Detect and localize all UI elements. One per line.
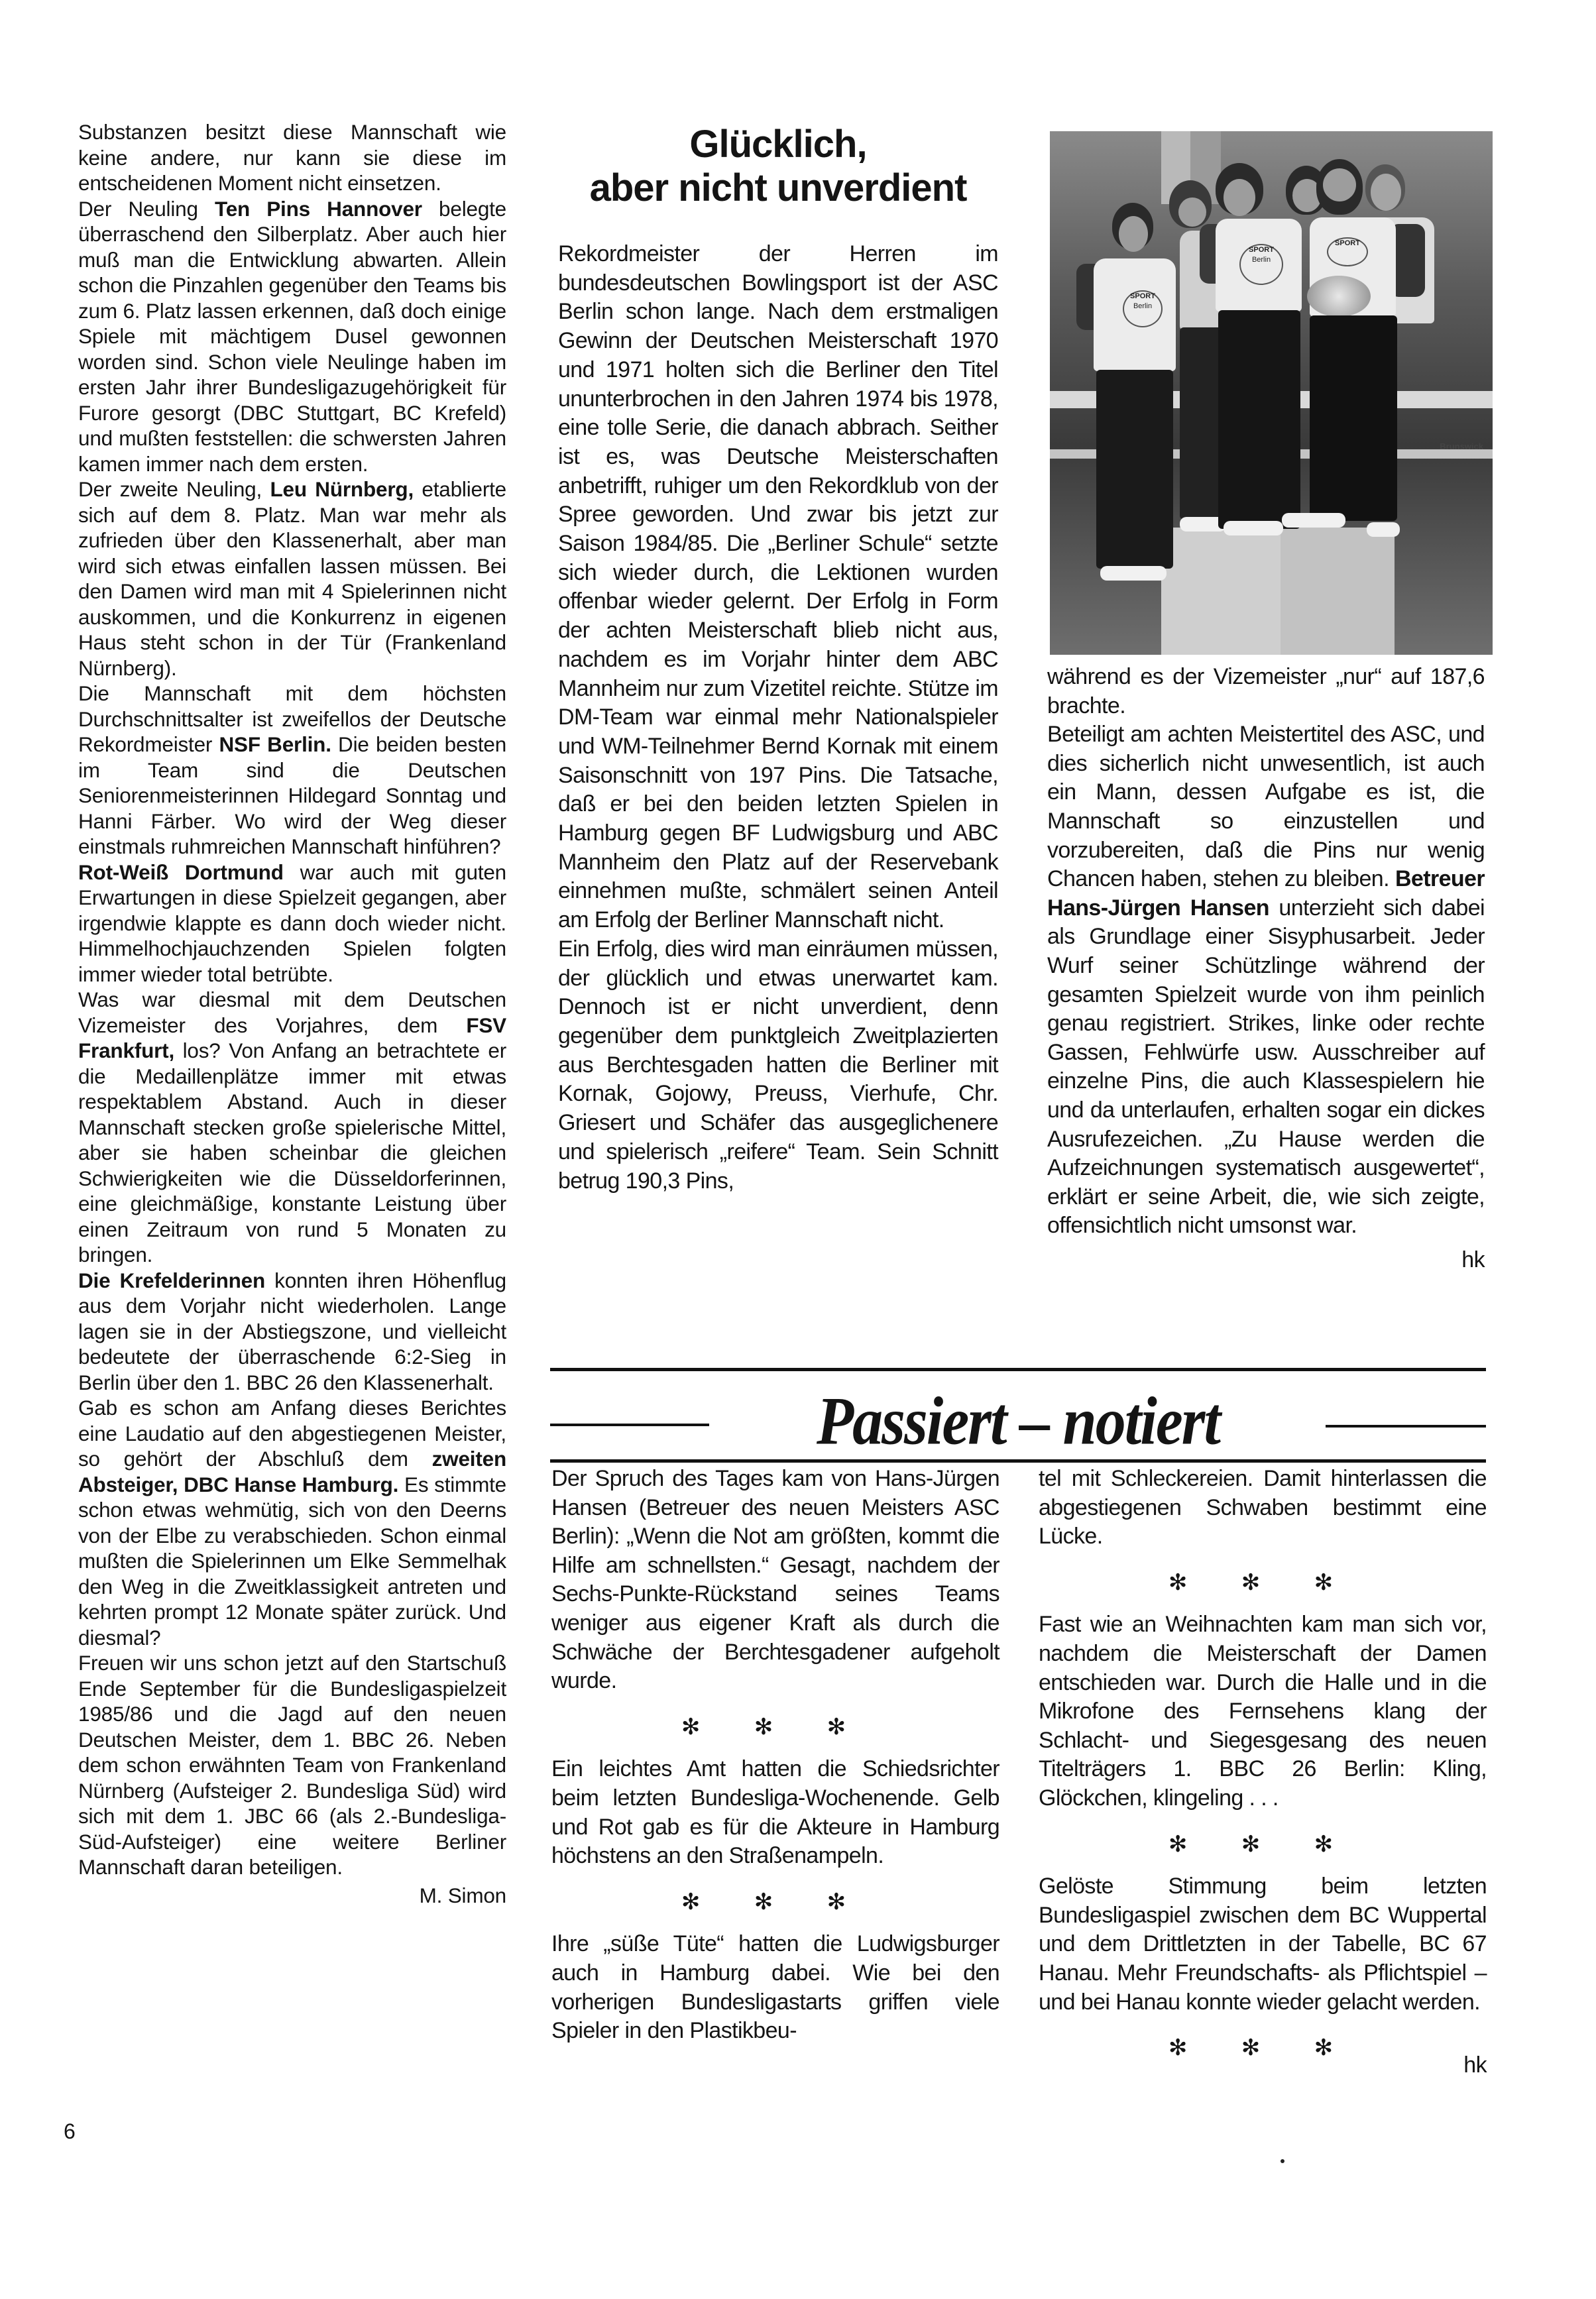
person-pants [1096,370,1173,569]
paragraph: Rekordmeister der Herren im bundesdeutsc… [558,240,998,935]
bold-team-name: Die Krefelderinnen [78,1268,265,1292]
shirt-logo: SPORTBerlin [1239,244,1283,285]
headline-line-1: Glücklich, [558,123,998,166]
separator-stars: ✻ ✻ ✻ [1039,1830,1487,1860]
right-column-article: während es der Vizemeister „nur“ auf 187… [1047,663,1485,1274]
paragraph: Freuen wir uns schon jetzt auf den Start… [78,1650,506,1880]
right-paragraphs: während es der Vizemeister „nur“ auf 187… [1047,663,1485,1241]
podium-block [1281,528,1395,655]
bold-team-name: zweiten Absteiger, DBC Hanse Hamburg. [78,1447,506,1496]
paragraph: Substanzen besitzt diese Mannschaft wie … [78,119,506,196]
person-face [1178,197,1206,227]
bottom-rule [550,1459,1486,1463]
note-item: Gelöste Stimmung beim letzten Bundesliga… [1039,1872,1487,2017]
paragraph: Beteiligt am achten Meistertitel des ASC… [1047,720,1485,1241]
person-pants [1310,315,1397,521]
page-number: 6 [64,2119,76,2144]
person-shoes [1224,521,1283,535]
person-shoes [1367,522,1400,537]
author-signature: hk [1463,2051,1487,2080]
paragraph: Die Mannschaft mit dem höchsten Durchsch… [78,681,506,860]
team-photo: Brunswick SPORTBerlin SPORTBerlin SPORT [1050,131,1493,655]
author-signature: M. Simon [78,1883,506,1909]
person-face [1323,168,1356,201]
paragraph: Rot-Weiß Dortmund war auch mit guten Erw… [78,860,506,987]
left-paragraphs: Substanzen besitzt diese Mannschaft wie … [78,119,506,1880]
bold-team-name: Rot-Weiß Dortmund [78,860,284,884]
print-speck [1281,2159,1284,2163]
person-shoes [1282,513,1345,528]
bold-team-name: Ten Pins Hannover [215,197,422,221]
podium-block [1161,528,1281,655]
paragraph: Der Neuling Ten Pins Hannover belegte üb… [78,196,506,477]
brunswick-sign: Brunswick [1440,441,1483,451]
note-item: tel mit Schleckereien. Damit hinterlasse… [1039,1465,1487,1551]
person-pants [1218,310,1300,529]
paragraph: Die Krefelderinnen konnten ihren Höhenfl… [78,1268,506,1396]
note-item: Ein leichtes Amt hatten die Schiedsricht… [551,1755,999,1870]
paragraph: während es der Vizemeister „nur“ auf 187… [1047,663,1485,720]
person-face [1371,174,1401,211]
article-headline: Glücklich, aber nicht unverdient [558,123,998,210]
middle-paragraphs: Rekordmeister der Herren im bundesdeutsc… [558,240,998,1196]
headline-line-2: aber nicht unverdient [558,166,998,210]
middle-column-article: Rekordmeister der Herren im bundesdeutsc… [558,240,998,1196]
separator-stars: ✻ ✻ ✻ [1039,1569,1487,1598]
notes-right-column: tel mit Schleckereien. Damit hinterlasse… [1039,1465,1487,2076]
separator-stars: ✻ ✻ ✻ [551,1888,999,1917]
shirt-logo: SPORTBerlin [1123,290,1163,327]
note-item: Fast wie an Weihnachten kam man sich vor… [1039,1610,1487,1813]
left-column-article: Substanzen besitzt diese Mannschaft wie … [78,119,506,1908]
section-title: Passiert – notiert [550,1384,1486,1458]
shirt-logo: SPORT [1327,237,1368,266]
bold-team-name: Betreuer Hans-Jürgen Hansen [1047,866,1485,921]
separator-stars: ✻ ✻ ✻ [551,1713,999,1742]
paragraph: Ein Erfolg, dies wird man einräumen müss… [558,935,998,1196]
bold-team-name: NSF Berlin. [219,732,331,756]
bold-team-name: FSV Frankfurt, [78,1013,506,1063]
person-face [1224,179,1255,216]
person-shoes [1100,566,1167,581]
top-rule [550,1368,1486,1371]
passiert-notiert-banner: Passiert – notiert [550,1368,1486,1461]
note-item: Der Spruch des Tages kam von Hans-Jürgen… [551,1465,999,1696]
person-face [1119,216,1148,252]
note-item: Ihre „süße Tüte“ hatten die Ludwigsburge… [551,1930,999,2045]
separator-stars: ✻ ✻ ✻ [1039,2034,1487,2063]
trophy-plate [1307,276,1371,317]
notes-footer: ✻ ✻ ✻ hk [1039,2034,1487,2063]
bold-team-name: Leu Nürnberg, [270,477,414,501]
paragraph: Gab es schon am Anfang dieses Berichtes … [78,1395,506,1650]
author-signature: hk [1047,1246,1485,1275]
paragraph: Was war diesmal mit dem Deutschen Vizeme… [78,987,506,1268]
notes-left-column: Der Spruch des Tages kam von Hans-Jürgen… [551,1465,999,2046]
paragraph: Der zweite Neuling, Leu Nürnberg, etabli… [78,477,506,681]
